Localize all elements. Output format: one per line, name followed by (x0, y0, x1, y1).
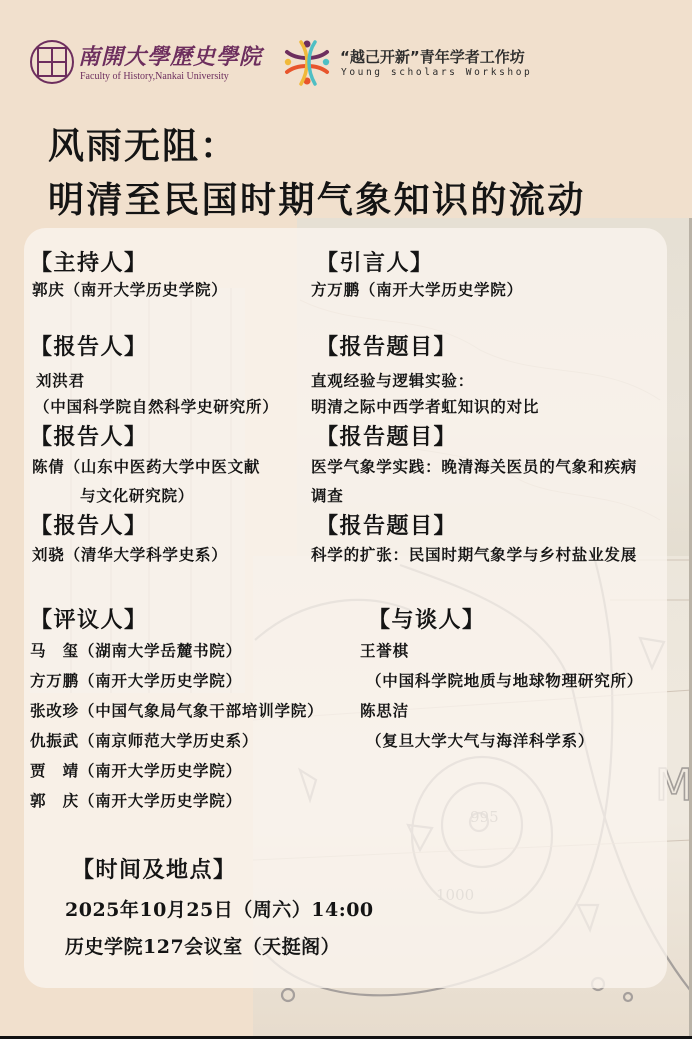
university-name-en: Faculty of History,Nankai University (80, 71, 229, 82)
panelist-affiliation: （中国科学院地质与地球物理研究所） (366, 669, 643, 691)
report-1-speaker-line-1: 刘洪君 (36, 369, 85, 391)
panelist-affiliation: （复旦大学大气与海洋科学系） (366, 729, 594, 751)
report-1-topic-line-2: 明清之际中西学者虹知识的对比 (311, 395, 539, 417)
host-label: 【主持人】 (30, 246, 148, 277)
workshop-name-en: Young scholars Workshop (341, 67, 532, 78)
discussant-item: 张改珍（中国气象局气象干部培训学院） (30, 699, 323, 721)
report-2-speaker-line-2: 与文化研究院） (80, 484, 194, 506)
report-2-topic-line-1: 医学气象学实践：晚清海关医员的气象和疾病 (311, 455, 637, 477)
nankai-seal-icon (30, 40, 74, 84)
report-1-topic-label: 【报告题目】 (316, 330, 457, 361)
title-line-1: 风雨无阻： (48, 118, 238, 169)
panelist-name: 王誉棋 (360, 639, 409, 661)
report-1-speaker-line-2: （中国科学院自然科学史研究所） (34, 395, 279, 417)
discussant-item: 方万鹏（南开大学历史学院） (30, 669, 242, 691)
event-location: 历史学院127会议室（天挺阁） (65, 932, 340, 959)
report-2-speaker-line-1: 陈倩（山东中医药大学中医文献 (32, 455, 260, 477)
introducer-text: 方万鹏（南开大学历史学院） (311, 278, 523, 300)
discussants-label: 【评议人】 (30, 603, 148, 634)
panelists-label: 【与谈人】 (368, 603, 486, 634)
discussant-item: 贾 靖（南开大学历史学院） (30, 759, 242, 781)
discussant-item: 马 玺（湖南大学岳麓书院） (30, 639, 242, 661)
report-3-speaker-line-1: 刘骁（清华大学科学史系） (32, 543, 228, 565)
discussant-item: 郭 庆（南开大学历史学院） (30, 789, 242, 811)
workshop-people-icon (283, 38, 331, 86)
report-1-topic-line-1: 直观经验与逻辑实验： (311, 369, 474, 391)
workshop-name-cn: “越己开新”青年学者工作坊 (340, 46, 525, 67)
discussant-item: 仇振武（南京师范大学历史系） (30, 729, 258, 751)
university-name-cn: 南開大學歷史學院 (78, 40, 262, 71)
report-2-topic-line-2: 调查 (311, 484, 344, 506)
report-2-topic-label: 【报告题目】 (316, 420, 457, 451)
report-2-speaker-label: 【报告人】 (30, 420, 148, 451)
introducer-label: 【引言人】 (316, 246, 434, 277)
report-1-speaker-label: 【报告人】 (30, 330, 148, 361)
event-datetime: 2025年10月25日（周六）14:00 (65, 895, 374, 922)
report-3-topic-line-1: 科学的扩张：民国时期气象学与乡村盐业发展 (311, 543, 637, 565)
host-text: 郭庆（南开大学历史学院） (32, 278, 228, 300)
title-line-2: 明清至民国时期气象知识的流动 (48, 172, 586, 223)
panelist-name: 陈思洁 (360, 699, 409, 721)
time-place-label: 【时间及地点】 (72, 853, 237, 884)
report-3-speaker-label: 【报告人】 (30, 509, 148, 540)
report-3-topic-label: 【报告题目】 (316, 509, 457, 540)
